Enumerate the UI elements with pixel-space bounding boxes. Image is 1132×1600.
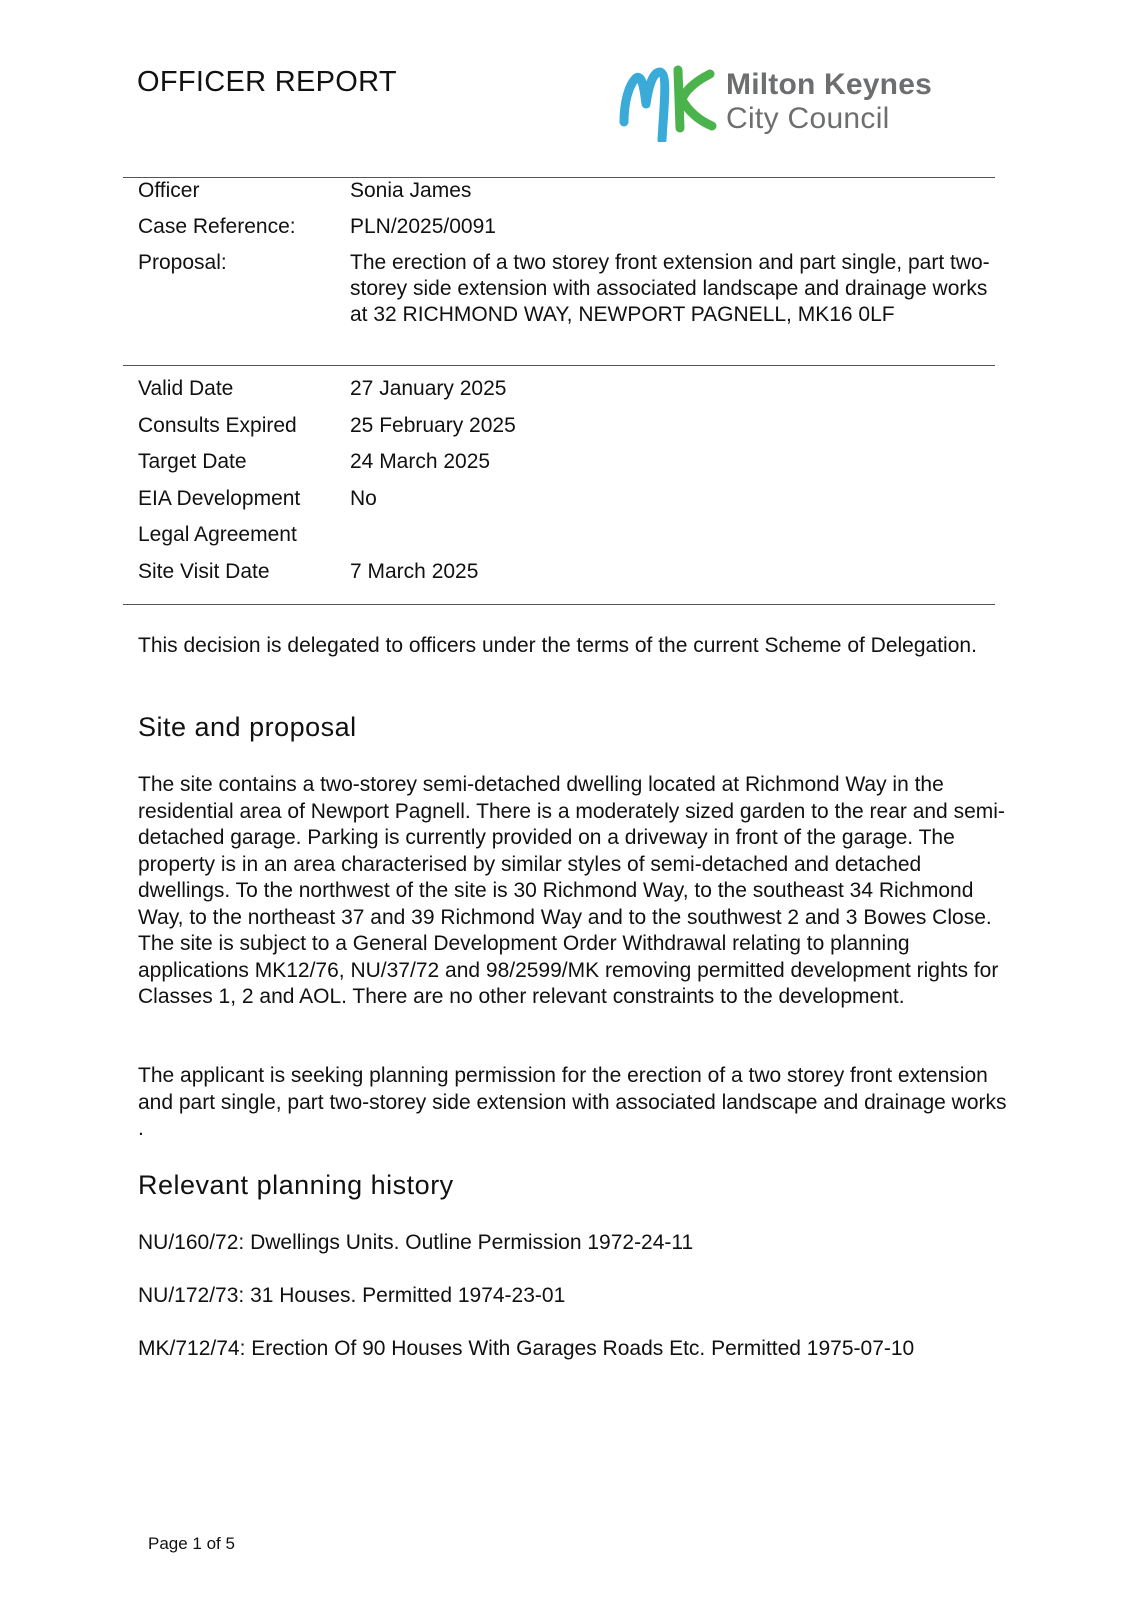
divider bbox=[123, 365, 995, 366]
report-title: OFFICER REPORT bbox=[137, 66, 397, 99]
field-value: 27 January 2025 bbox=[350, 376, 990, 402]
section-heading-site: Site and proposal bbox=[138, 712, 357, 743]
field-value: 7 March 2025 bbox=[350, 559, 990, 585]
divider bbox=[123, 604, 995, 605]
history-item: NU/172/73: 31 Houses. Permitted 1974-23-… bbox=[138, 1283, 565, 1309]
field-value: The erection of a two storey front exten… bbox=[350, 250, 990, 328]
case-row-officer: Officer Sonia James bbox=[138, 178, 990, 204]
date-row: Consults Expired 25 February 2025 bbox=[138, 413, 990, 439]
case-row-proposal: Proposal: The erection of a two storey f… bbox=[138, 250, 990, 328]
field-label: Case Reference: bbox=[138, 214, 350, 240]
field-value: Sonia James bbox=[350, 178, 990, 204]
field-label: Valid Date bbox=[138, 376, 350, 402]
field-label: Target Date bbox=[138, 449, 350, 475]
date-row: Target Date 24 March 2025 bbox=[138, 449, 990, 475]
mk-logo-icon bbox=[618, 64, 718, 142]
site-description: The site contains a two-storey semi-deta… bbox=[138, 772, 1008, 1011]
field-value: PLN/2025/0091 bbox=[350, 214, 990, 240]
field-label: Site Visit Date bbox=[138, 559, 350, 585]
field-value: 24 March 2025 bbox=[350, 449, 990, 475]
history-item: MK/712/74: Erection Of 90 Houses With Ga… bbox=[138, 1336, 914, 1362]
logo-text-milton-keynes: Milton Keynes bbox=[726, 68, 932, 102]
field-value bbox=[350, 522, 990, 548]
field-value: 25 February 2025 bbox=[350, 413, 990, 439]
dates-table: Valid Date 27 January 2025 Consults Expi… bbox=[138, 376, 990, 585]
field-value: No bbox=[350, 486, 990, 512]
case-details-table: Officer Sonia James Case Reference: PLN/… bbox=[138, 178, 990, 328]
field-label: Proposal: bbox=[138, 250, 350, 328]
history-item: NU/160/72: Dwellings Units. Outline Perm… bbox=[138, 1230, 693, 1256]
date-row: Site Visit Date 7 March 2025 bbox=[138, 559, 990, 585]
council-logo: Milton Keynes City Council bbox=[618, 64, 988, 144]
date-row: Valid Date 27 January 2025 bbox=[138, 376, 990, 402]
field-label: Consults Expired bbox=[138, 413, 350, 439]
section-heading-history: Relevant planning history bbox=[138, 1170, 454, 1201]
field-label: Legal Agreement bbox=[138, 522, 350, 548]
date-row: Legal Agreement bbox=[138, 522, 990, 548]
proposal-description: The applicant is seeking planning permis… bbox=[138, 1063, 1008, 1143]
case-row-reference: Case Reference: PLN/2025/0091 bbox=[138, 214, 990, 240]
field-label: Officer bbox=[138, 178, 350, 204]
logo-text-city-council: City Council bbox=[726, 102, 890, 136]
field-label: EIA Development bbox=[138, 486, 350, 512]
date-row: EIA Development No bbox=[138, 486, 990, 512]
delegation-text: This decision is delegated to officers u… bbox=[138, 633, 1008, 660]
page-number: Page 1 of 5 bbox=[148, 1534, 235, 1554]
